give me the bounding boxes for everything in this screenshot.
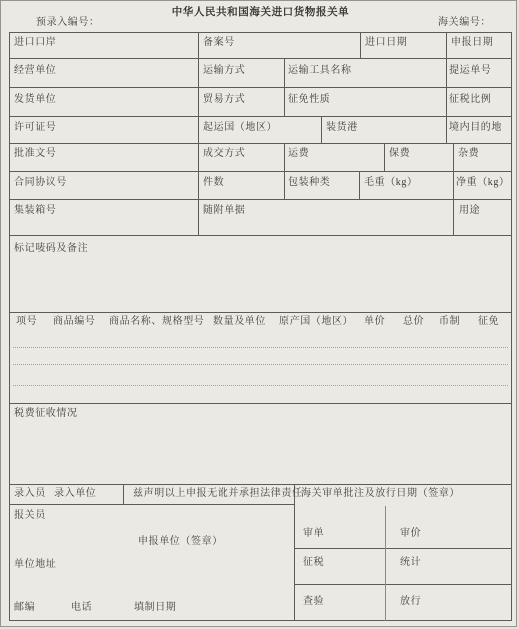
grid-line-h	[294, 548, 512, 549]
package-type-label: 包装种类	[288, 177, 330, 188]
total-price-header: 总价	[403, 316, 424, 327]
domestic-destination-label: 境内目的地	[449, 122, 502, 133]
dotted-rule	[13, 364, 508, 365]
commodity-name-spec-header: 商品名称、规格型号	[109, 316, 204, 327]
grid-line-v	[321, 116, 322, 143]
record-no-label: 备案号	[203, 37, 235, 48]
grid-line-v	[284, 143, 285, 199]
declare-unit-seal-label: 申报单位（签章）	[138, 536, 223, 547]
unit-address-label: 单位地址	[14, 559, 56, 570]
commodity-code-header: 商品编号	[53, 316, 95, 327]
grid-line-h	[9, 87, 512, 88]
grid-line-h	[9, 199, 512, 200]
import-port-label: 进口口岸	[14, 37, 56, 48]
customs-number-label: 海关编号：	[438, 17, 491, 28]
phone-label: 电话	[71, 602, 92, 613]
departure-country-label: 起运国（地区）	[203, 122, 277, 133]
attached-documents-label: 随附单据	[203, 205, 245, 216]
declaration-statement: 兹声明以上申报无讹并承担法律责任	[133, 488, 303, 499]
inspection-label: 查验	[303, 596, 324, 607]
gross-weight-label: 毛重（kg）	[364, 177, 418, 188]
marks-remarks-label: 标记唛码及备注	[14, 243, 88, 254]
grid-line-h	[294, 584, 512, 585]
origin-country-header: 原产国（地区）	[279, 316, 353, 327]
grid-line-h	[9, 116, 512, 117]
insurance-fee-label: 保费	[389, 148, 410, 159]
quantity-unit-header: 数量及单位	[213, 316, 266, 327]
customs-endorsement-header: 海关审单批注及放行日期（签章）	[301, 488, 460, 499]
statistics-label: 统计	[400, 557, 421, 568]
levy-tax-label: 征税	[303, 557, 324, 568]
grid-line-v	[123, 484, 124, 504]
consignor-unit-label: 发货单位	[14, 94, 56, 105]
approval-doc-no-label: 批准文号	[14, 148, 56, 159]
tax-collection-label: 税费征收情况	[14, 408, 78, 419]
grid-line-v	[294, 484, 295, 621]
import-date-label: 进口日期	[365, 37, 407, 48]
grid-line-h	[9, 484, 512, 485]
transport-tool-name-label: 运输工具名称	[288, 65, 352, 76]
levy-exempt-header: 征免	[478, 316, 499, 327]
net-weight-label: 净重（kg）	[456, 177, 510, 188]
grid-line-h	[9, 403, 512, 404]
grid-line-v	[284, 58, 285, 116]
release-label: 放行	[400, 596, 421, 607]
declare-date-label: 申报日期	[451, 37, 493, 48]
levy-nature-label: 征免性质	[288, 94, 330, 105]
entry-unit-label: 录入单位	[54, 488, 96, 499]
grid-line-v	[198, 32, 199, 235]
usage-label: 用途	[459, 205, 480, 216]
dotted-rule	[13, 385, 508, 386]
bill-of-lading-no-label: 提运单号	[449, 65, 491, 76]
package-count-label: 件数	[203, 177, 224, 188]
postcode-label: 邮编	[14, 602, 35, 613]
contract-no-label: 合同协议号	[14, 177, 67, 188]
unit-price-header: 单价	[364, 316, 385, 327]
grid-line-h	[9, 235, 512, 236]
tax-ratio-label: 征税比例	[449, 94, 491, 105]
grid-line-h	[9, 171, 512, 172]
pre-entry-number-label: 预录入编号：	[36, 17, 100, 28]
license-no-label: 许可证号	[14, 122, 56, 133]
grid-line-h	[9, 312, 512, 313]
customs-import-declaration-form: 中华人民共和国海关进口货物报关单 预录入编号： 海关编号： 进口口岸 备案号 进…	[0, 0, 517, 627]
grid-line-v	[360, 32, 361, 58]
grid-line-v	[453, 143, 454, 235]
grid-line-v	[384, 143, 385, 171]
transport-mode-label: 运输方式	[203, 65, 245, 76]
grid-line-v	[385, 506, 386, 621]
fill-date-label: 填制日期	[134, 602, 176, 613]
item-no-header: 项号	[16, 316, 37, 327]
grid-line-h	[9, 143, 512, 144]
freight-label: 运费	[288, 148, 309, 159]
trade-mode-label: 贸易方式	[203, 94, 245, 105]
grid-line-v	[359, 171, 360, 199]
grid-line-h	[9, 504, 294, 505]
grid-line-v	[446, 32, 447, 143]
customs-broker-label: 报关员	[14, 510, 46, 521]
transaction-mode-label: 成交方式	[203, 148, 245, 159]
grid-line-h	[9, 58, 512, 59]
dotted-rule	[13, 347, 508, 348]
review-doc-label: 审单	[303, 528, 324, 539]
entry-clerk-label: 录入员	[14, 488, 46, 499]
loading-port-label: 装货港	[326, 122, 358, 133]
misc-fee-label: 杂费	[458, 148, 479, 159]
container-no-label: 集装箱号	[14, 205, 56, 216]
review-price-label: 审价	[400, 528, 421, 539]
currency-header: 币制	[439, 316, 460, 327]
operating-unit-label: 经营单位	[14, 65, 56, 76]
